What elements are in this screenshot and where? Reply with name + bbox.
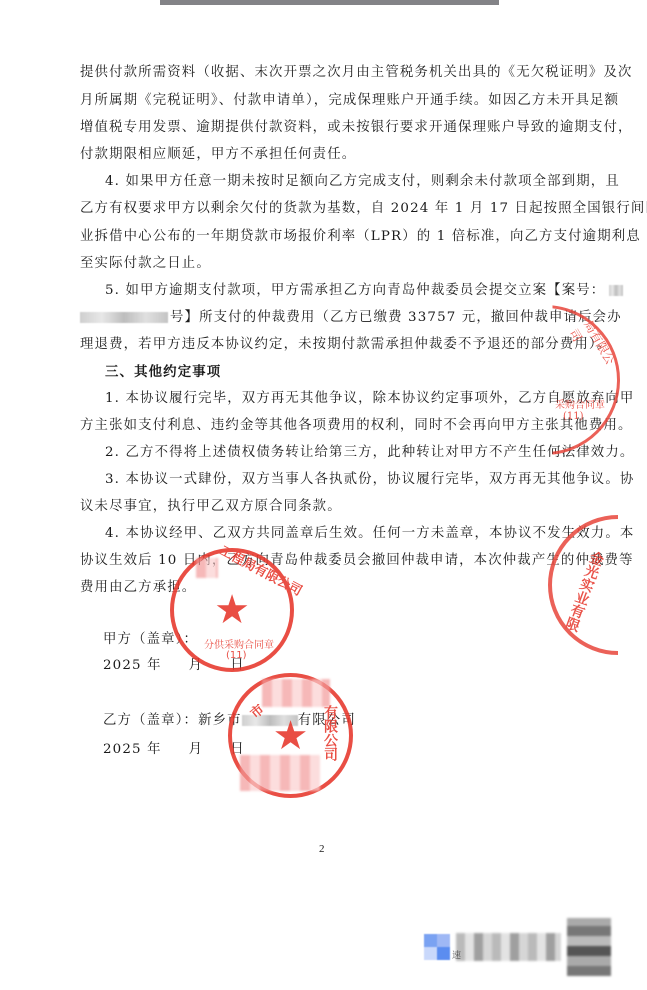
- redacted-case-number: [80, 312, 168, 323]
- party-b-date: 2025 年 月 日: [103, 742, 245, 758]
- line-text: 业拆借中心公布的一年期贷款市场报价利率（LPR）的 1 倍标准，向乙方支付逾期利…: [80, 229, 641, 244]
- redacted-seal-text: [196, 558, 218, 578]
- line-text: 至实际付款之日止。: [80, 256, 211, 271]
- party-b-label-text: 乙方（盖章）：新乡市: [103, 713, 242, 728]
- paragraph-line: 方主张如支付利息、违约金等其他各项费用的权利，同时不会再向甲方主张其他费用。: [80, 418, 633, 434]
- app-logo-icon: [424, 934, 450, 960]
- paragraph-line: 乙方有权要求甲方以剩余欠付的货款为基数，自 2024 年 1 月 17 日起按照…: [80, 201, 647, 217]
- paragraph-line: 至实际付款之日止。: [80, 256, 211, 272]
- redacted-seal-text: [262, 679, 330, 707]
- paragraph-line: 付款期限相应顺延，甲方不承担任何责任。: [80, 147, 356, 163]
- line-text: 付款期限相应顺延，甲方不承担任何责任。: [80, 147, 356, 162]
- paragraph-line: 理退费，若甲方违反本协议约定，未按期付款需承担仲裁委不予退还的部分费用）。: [80, 337, 611, 353]
- line-text: 三、其他约定事项: [105, 364, 221, 380]
- page-number: 2: [319, 843, 325, 855]
- paragraph-line: 月所属期《完税证明》、付款申请单），完成保理账户开通手续。如因乙方未开具足额: [80, 93, 619, 109]
- paragraph-line: 增值税专用发票、逾期提供付款资料，或未按银行要求开通保理账户导致的逾期支付，: [80, 120, 633, 136]
- star-icon: ★: [273, 716, 309, 756]
- seal-party-a: 工程局有限公司 ★ 分供采购合同章 (11): [170, 548, 294, 672]
- line-text: 3. 本协议一式肆份，双方当事人各执贰份，协议履行完毕，双方再无其他争议。协: [105, 472, 634, 487]
- paragraph-line: 4. 如果甲方任意一期未按时足额向乙方完成支付，则剩余未付款项全部到期，且: [105, 174, 620, 190]
- line-text: 议未尽事宜，执行甲乙双方原合同条款。: [80, 499, 342, 514]
- line-text: 增值税专用发票、逾期提供付款资料，或未按银行要求开通保理账户导致的逾期支付，: [80, 120, 633, 135]
- paragraph-line: 4. 本协议经甲、乙双方共同盖章后生效。任何一方未盖章，本协议不发生效力。本: [105, 526, 634, 542]
- line-text: 方主张如支付利息、违约金等其他各项费用的权利，同时不会再向甲方主张其他费用。: [80, 418, 633, 433]
- app-watermark: 速: [424, 918, 611, 976]
- paragraph-line: 5. 如甲方逾期支付款项，甲方需承担乙方向青岛仲裁委员会提交立案【案号：: [105, 283, 623, 299]
- line-text: 乙方有权要求甲方以剩余欠付的货款为基数，自 2024 年 1 月 17 日起按照…: [80, 201, 647, 216]
- paragraph-line: 3. 本协议一式肆份，双方当事人各执贰份，协议履行完毕，双方再无其他争议。协: [105, 472, 634, 488]
- section-heading: 三、其他约定事项: [105, 364, 221, 380]
- redacted-case-number: [609, 285, 623, 296]
- line-text: 5. 如甲方逾期支付款项，甲方需承担乙方向青岛仲裁委员会提交立案【案号：: [105, 283, 605, 298]
- paragraph-line: 提供付款所需资料（收据、末次开票之次月由主管税务机关出具的《无欠税证明》及次: [80, 65, 633, 81]
- qr-code-icon: [567, 918, 611, 976]
- seal-party-b: 市 有限公司 ★: [228, 673, 353, 798]
- line-text: 4. 本协议经甲、乙双方共同盖章后生效。任何一方未盖章，本协议不发生效力。本: [105, 526, 634, 541]
- redacted-seal-text: [240, 755, 320, 791]
- star-icon: ★: [214, 590, 250, 630]
- line-text: 提供付款所需资料（收据、末次开票之次月由主管税务机关出具的《无欠税证明》及次: [80, 65, 633, 80]
- line-text: 理退费，若甲方违反本协议约定，未按期付款需承担仲裁委不予退还的部分费用）。: [80, 337, 611, 352]
- paragraph-line: 业拆借中心公布的一年期贷款市场报价利率（LPR）的 1 倍标准，向乙方支付逾期利…: [80, 229, 641, 245]
- paragraph-line: 号】所支付的仲裁费用（乙方已缴费 33757 元，撤回仲裁申请后会办: [80, 310, 622, 326]
- line-text: 4. 如果甲方任意一期未按时足额向乙方完成支付，则剩余未付款项全部到期，且: [105, 174, 620, 189]
- document-page: 提供付款所需资料（收据、末次开票之次月由主管税务机关出具的《无欠税证明》及次月所…: [0, 0, 647, 990]
- line-text: 月所属期《完税证明》、付款申请单），完成保理账户开通手续。如因乙方未开具足额: [80, 93, 619, 108]
- paragraph-line: 议未尽事宜，执行甲乙双方原合同条款。: [80, 499, 342, 515]
- redacted-watermark-text: [456, 933, 561, 961]
